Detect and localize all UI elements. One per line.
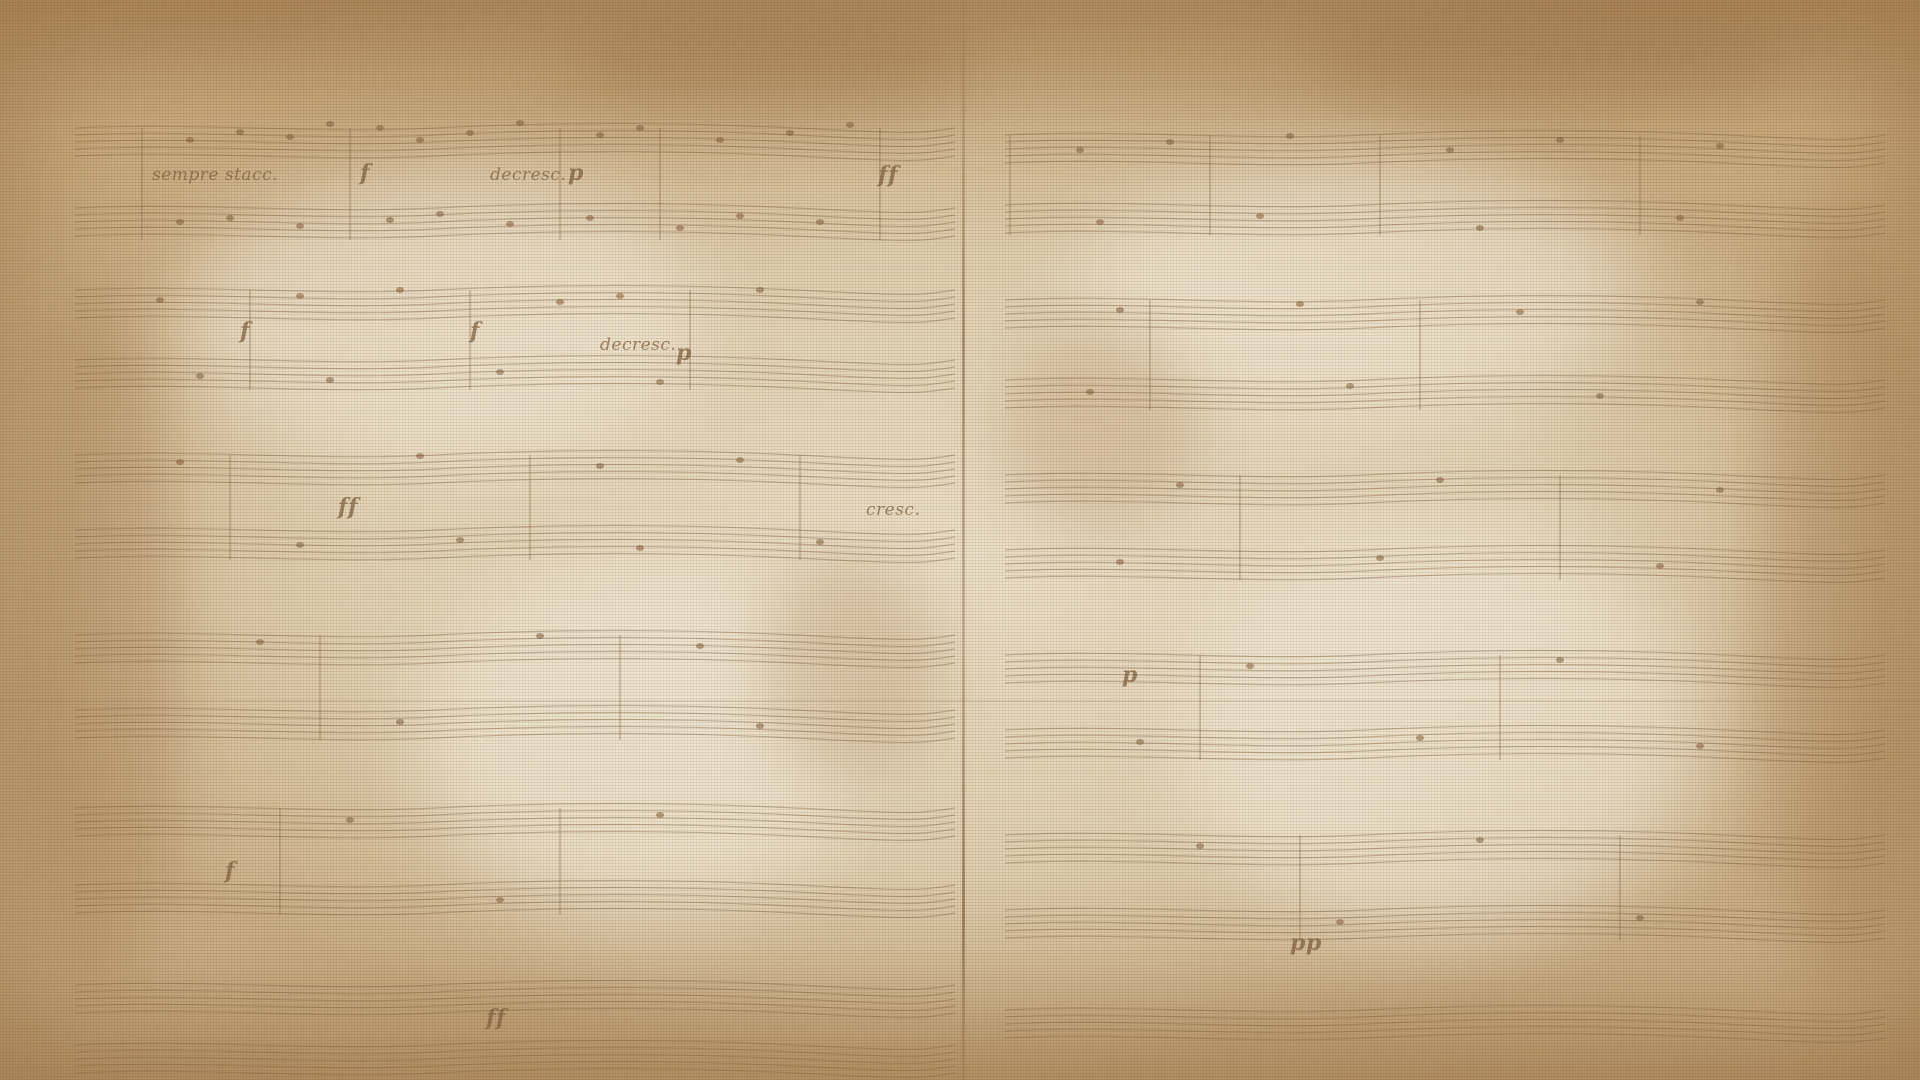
annotation-forte: f bbox=[360, 160, 370, 186]
annotation-decresc: decresc. bbox=[490, 165, 566, 185]
music-staves bbox=[0, 0, 1920, 1080]
sheet-music-background: sempre stacc. f decresc. p f f decresc. … bbox=[0, 0, 1920, 1080]
annotation-decresc: decresc. bbox=[600, 335, 676, 355]
annotation-fortissimo: ff bbox=[486, 1005, 506, 1031]
annotation-pianissimo: pp bbox=[1290, 930, 1322, 956]
annotation-piano: p bbox=[568, 160, 584, 186]
annotation-forte: f bbox=[225, 858, 235, 884]
annotation-cresc: cresc. bbox=[866, 500, 920, 520]
annotation-forte: f bbox=[470, 318, 480, 344]
center-fold bbox=[962, 0, 965, 1080]
annotation-fortissimo: ff bbox=[878, 162, 898, 188]
annotation-sempre-stacc: sempre stacc. bbox=[152, 165, 278, 185]
annotation-fortissimo: ff bbox=[338, 494, 358, 520]
annotation-piano: p bbox=[1122, 662, 1138, 688]
annotation-forte: f bbox=[240, 318, 250, 344]
annotation-piano: p bbox=[676, 340, 692, 366]
horizontal-crease bbox=[0, 700, 1920, 702]
